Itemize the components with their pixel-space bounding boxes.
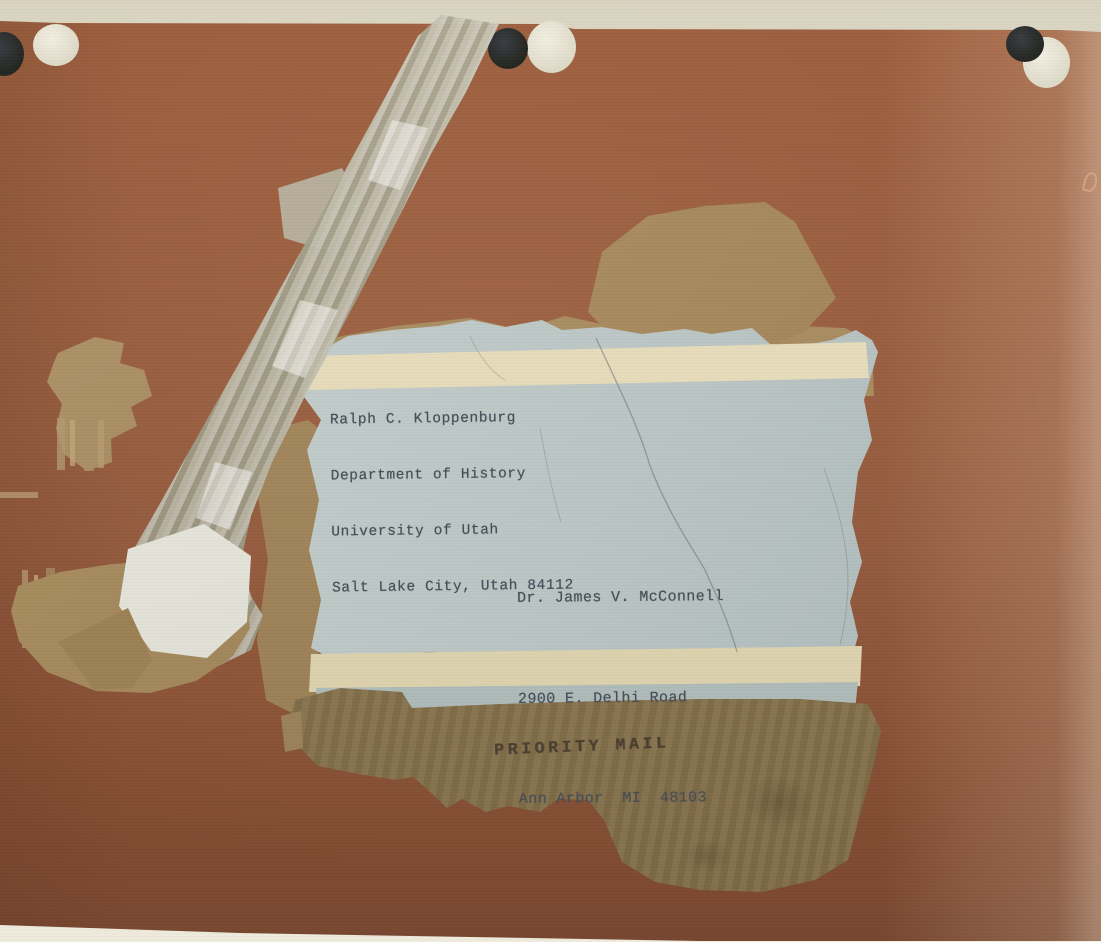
recipient-line: Dr. James V. McConnell [517,580,724,615]
glitch-bar [84,416,94,471]
hole-punch-white-left [33,24,79,66]
glitch-bar [98,420,104,468]
kraft-stain [745,775,815,830]
hole-punch-black-right [1006,26,1044,62]
pink-squiggle-mark [1082,171,1099,194]
photo-canvas: Ralph C. Kloppenburg Department of Histo… [0,0,1101,942]
recipient-line: Ann Arbor MI 48103 [519,781,726,816]
recipient-address-block: Dr. James V. McConnell 2900 E. Delhi Roa… [516,513,726,883]
glitch-bar [57,418,65,470]
glitch-bar [70,420,75,466]
hole-punch-white-center [527,21,576,73]
return-address-line: Ralph C. Kloppenburg [330,409,572,431]
recipient-line: 2900 E. Delhi Road [518,681,725,716]
return-address-line: Department of History [331,464,573,486]
hole-punch-black-left [0,32,24,76]
glitch-bar [0,492,38,498]
